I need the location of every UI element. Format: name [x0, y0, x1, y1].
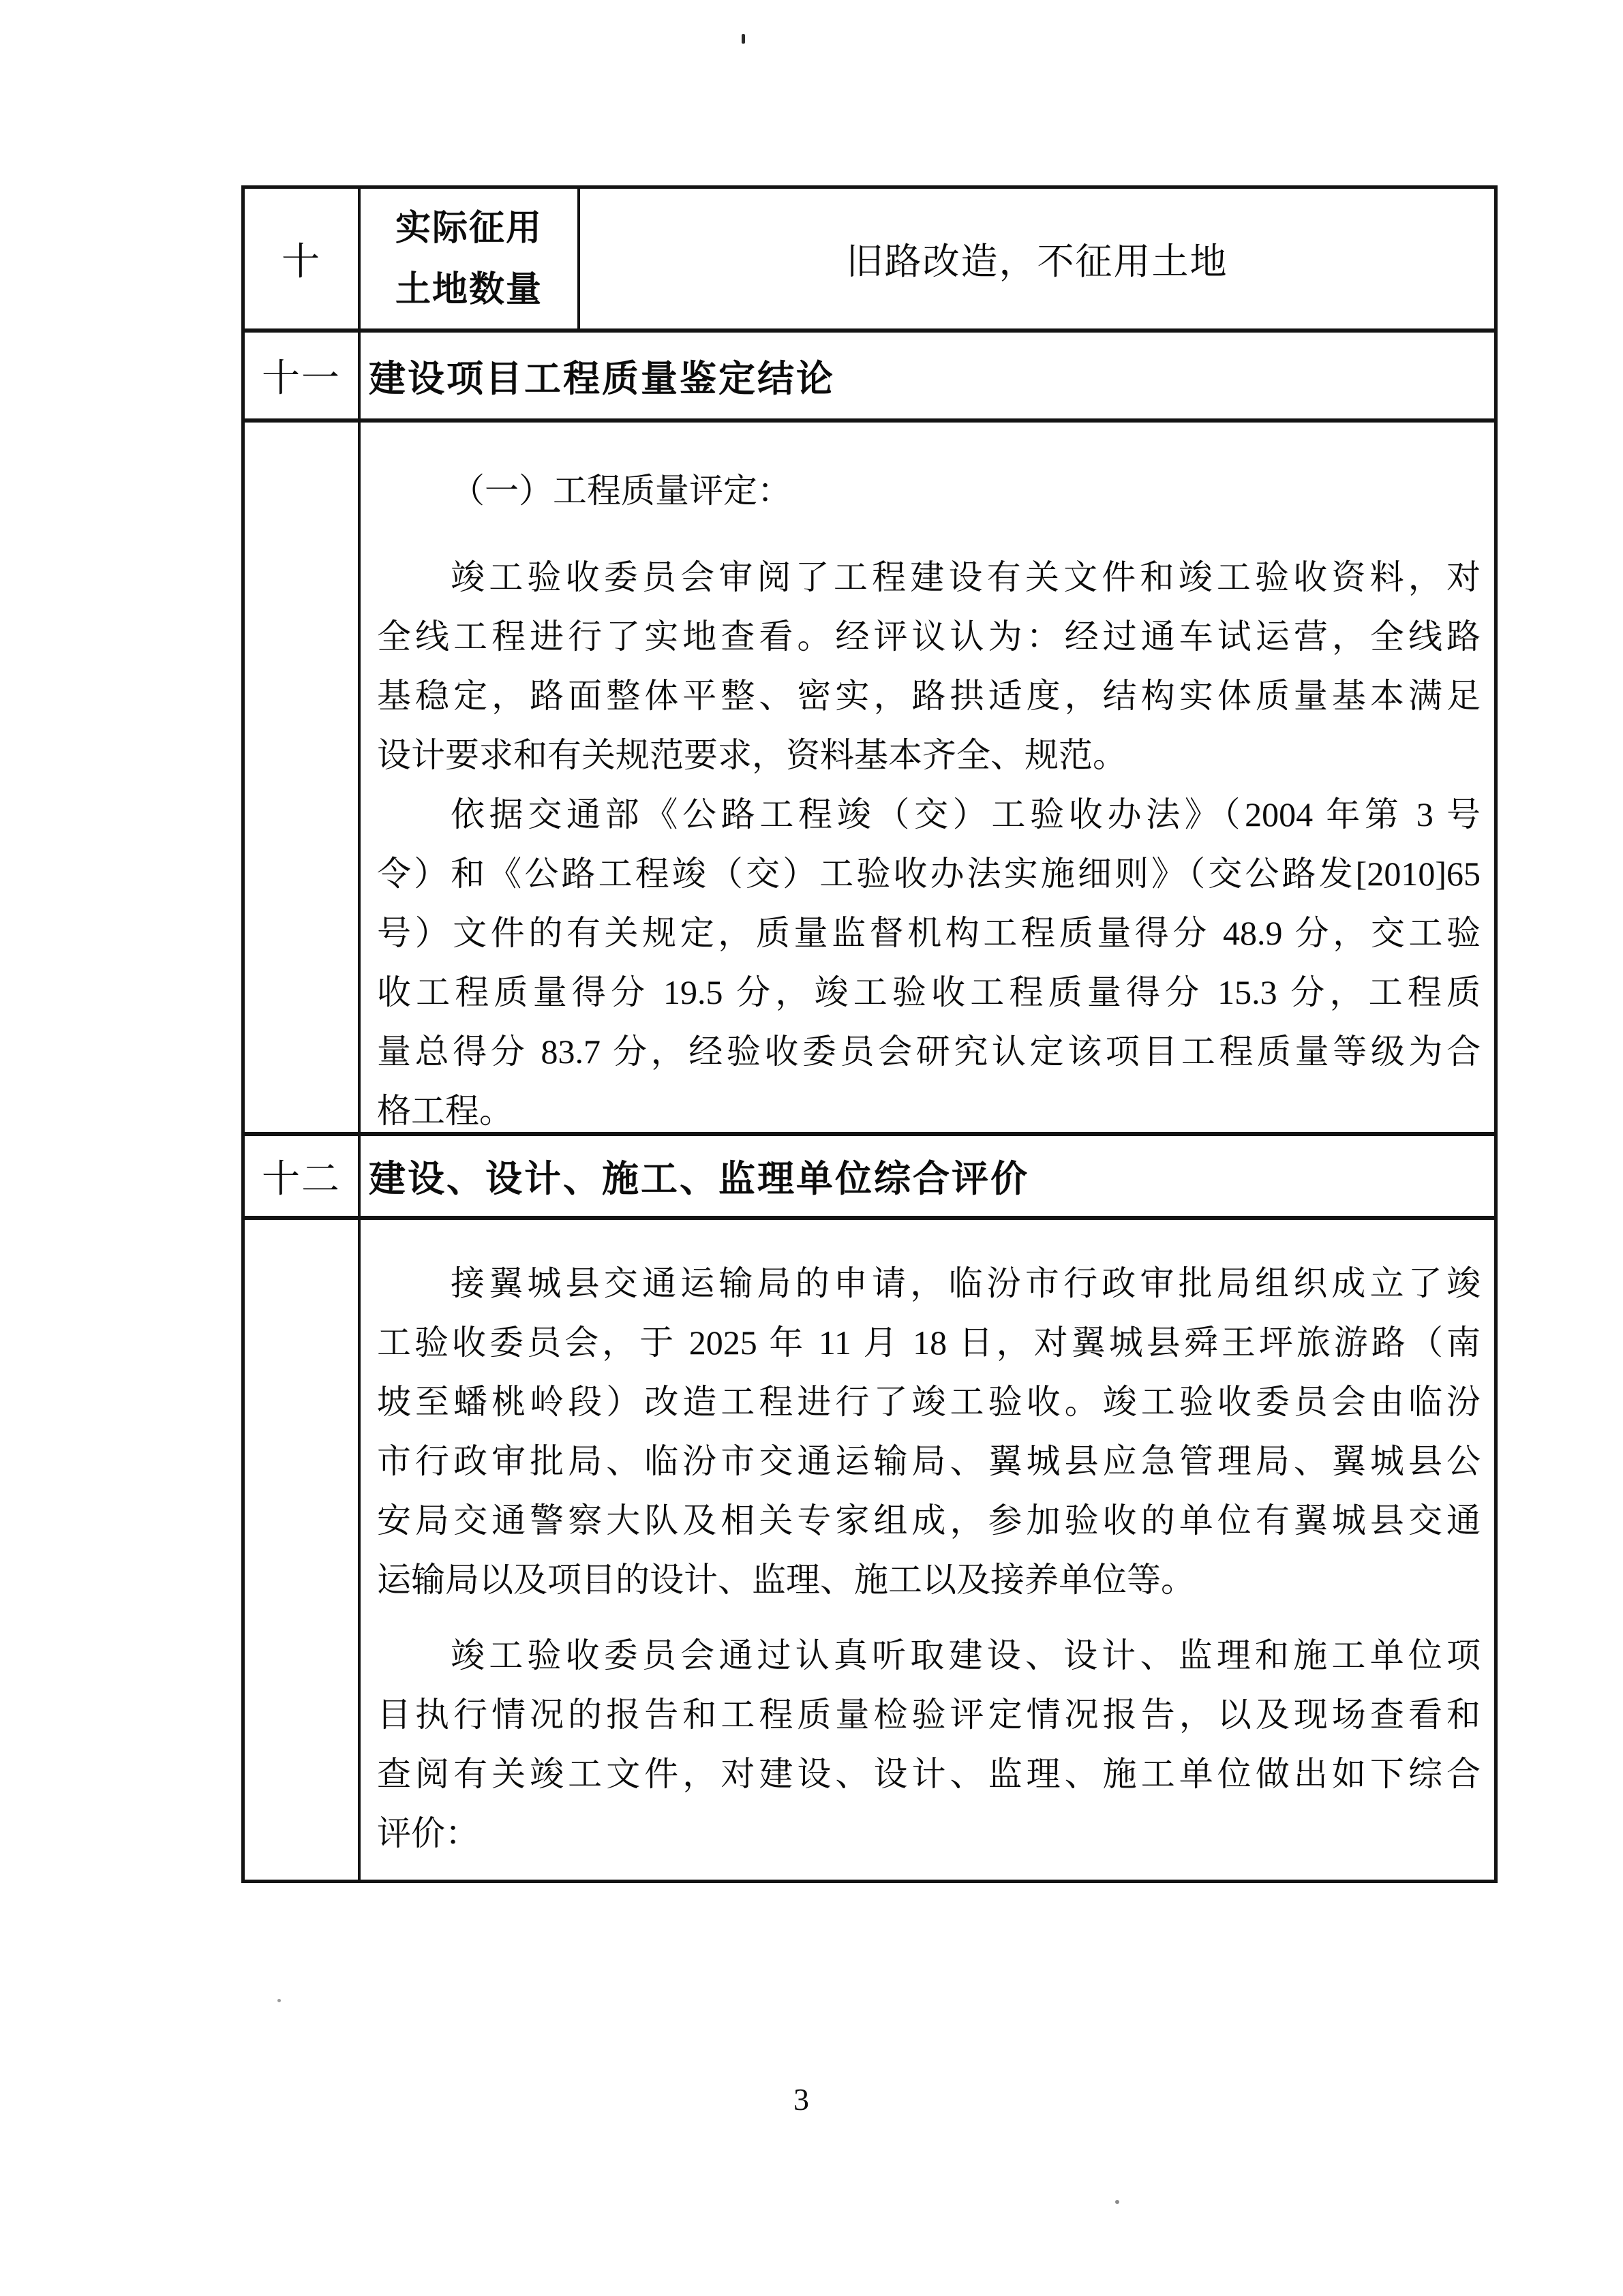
text-line: 工验收委员会，于 2025 年 11 月 18 日，对翼城县舜王坪旅游路（南: [377, 1313, 1481, 1373]
row-number-cell: 十一: [245, 333, 361, 418]
text-line: 接翼城县交通运输局的申请，临汾市行政审批局组织成立了竣: [377, 1254, 1481, 1313]
section-body-cell: （一）工程质量评定： 竣工验收委员会审阅了工程建设有关文件和竣工验收资料，对 全…: [361, 423, 1494, 1132]
text-line: 市行政审批局、临汾市交通运输局、翼城县应急管理局、翼城县公: [377, 1432, 1481, 1491]
table-row-12-body: 接翼城县交通运输局的申请，临汾市行政审批局组织成立了竣 工验收委员会，于 202…: [245, 1220, 1494, 1880]
table-row-11: 十一 建设项目工程质量鉴定结论: [245, 333, 1494, 423]
section-title-cell: 建设项目工程质量鉴定结论: [361, 333, 1494, 418]
section-title-text: 建设项目工程质量鉴定结论: [369, 350, 835, 402]
field-label-line: 土地数量: [395, 259, 543, 320]
section-title-cell: 建设、设计、施工、监理单位综合评价: [361, 1136, 1494, 1216]
acceptance-form-table: 十 实际征用 土地数量 旧路改造，不征用土地 十一 建设项目工程质量鉴定结论: [241, 185, 1498, 1883]
section-title-text: 建设、设计、施工、监理单位综合评价: [369, 1150, 1029, 1202]
field-value-cell: 旧路改造，不征用土地: [580, 189, 1494, 328]
row-number-label: 十: [282, 232, 321, 286]
text-line: 令）和《公路工程竣（交）工验收办法实施细则》（交公路发[2010]65: [377, 844, 1481, 904]
row-number-label: 十一: [262, 348, 341, 403]
text-line: 格工程。: [377, 1082, 1481, 1132]
paragraph: 竣工验收委员会通过认真听取建设、设计、监理和施工单位项 目执行情况的报告和工程质…: [377, 1626, 1481, 1863]
scanned-document-page: 十 实际征用 土地数量 旧路改造，不征用土地 十一 建设项目工程质量鉴定结论: [0, 0, 1623, 2296]
page-number: 3: [0, 2080, 1603, 2119]
text-line: 设计要求和有关规范要求，资料基本齐全、规范。: [377, 726, 1481, 785]
scan-speck: [1115, 2200, 1119, 2204]
row-number-cell: 十: [245, 189, 361, 328]
text-line: 安局交通警察大队及相关专家组成，参加验收的单位有翼城县交通: [377, 1491, 1481, 1550]
table-row-11-body: （一）工程质量评定： 竣工验收委员会审阅了工程建设有关文件和竣工验收资料，对 全…: [245, 423, 1494, 1136]
field-label-line: 实际征用: [395, 198, 543, 259]
paragraph: 依据交通部《公路工程竣（交）工验收办法》（2004 年第 3 号 令）和《公路工…: [377, 785, 1481, 1132]
paragraph: 接翼城县交通运输局的申请，临汾市行政审批局组织成立了竣 工验收委员会，于 202…: [377, 1254, 1481, 1610]
text-line: 评价：: [377, 1804, 1481, 1863]
scan-speck: [742, 34, 745, 44]
table-row-10: 十 实际征用 土地数量 旧路改造，不征用土地: [245, 189, 1494, 333]
text-line: 基稳定，路面整体平整、密实，路拱适度，结构实体质量基本满足: [377, 667, 1481, 726]
table-row-12: 十二 建设、设计、施工、监理单位综合评价: [245, 1136, 1494, 1220]
text-line: 依据交通部《公路工程竣（交）工验收办法》（2004 年第 3 号: [377, 785, 1481, 844]
paragraph: （一）工程质量评定：: [377, 461, 1481, 521]
section-body-cell: 接翼城县交通运输局的申请，临汾市行政审批局组织成立了竣 工验收委员会，于 202…: [361, 1220, 1494, 1880]
text-line: 坡至蟠桃岭段）改造工程进行了竣工验收。竣工验收委员会由临汾: [377, 1373, 1481, 1432]
row-number-cell-empty: [245, 1220, 361, 1880]
paragraph: 竣工验收委员会审阅了工程建设有关文件和竣工验收资料，对 全线工程进行了实地查看。…: [377, 548, 1481, 785]
text-line: 号）文件的有关规定，质量监督机构工程质量得分 48.9 分，交工验: [377, 904, 1481, 963]
text-line: 目执行情况的报告和工程质量检验评定情况报告，以及现场查看和: [377, 1685, 1481, 1745]
row-number-label: 十二: [262, 1149, 341, 1204]
text-line: 竣工验收委员会审阅了工程建设有关文件和竣工验收资料，对: [377, 548, 1481, 607]
row-number-cell-empty: [245, 423, 361, 1132]
text-line: （一）工程质量评定：: [377, 461, 1481, 521]
text-line: 收工程质量得分 19.5 分，竣工验收工程质量得分 15.3 分，工程质: [377, 963, 1481, 1022]
text-line: 全线工程进行了实地查看。经评议认为：经过通车试运营，全线路: [377, 607, 1481, 667]
row-number-cell: 十二: [245, 1136, 361, 1216]
field-value-text: 旧路改造，不征用土地: [847, 232, 1228, 285]
text-line: 量总得分 83.7 分，经验收委员会研究认定该项目工程质量等级为合: [377, 1022, 1481, 1082]
scan-speck: [277, 1999, 281, 2002]
field-label-cell: 实际征用 土地数量: [361, 189, 580, 328]
text-line: 竣工验收委员会通过认真听取建设、设计、监理和施工单位项: [377, 1626, 1481, 1685]
text-line: 查阅有关竣工文件，对建设、设计、监理、施工单位做出如下综合: [377, 1745, 1481, 1804]
text-line: 运输局以及项目的设计、监理、施工以及接养单位等。: [377, 1550, 1481, 1610]
